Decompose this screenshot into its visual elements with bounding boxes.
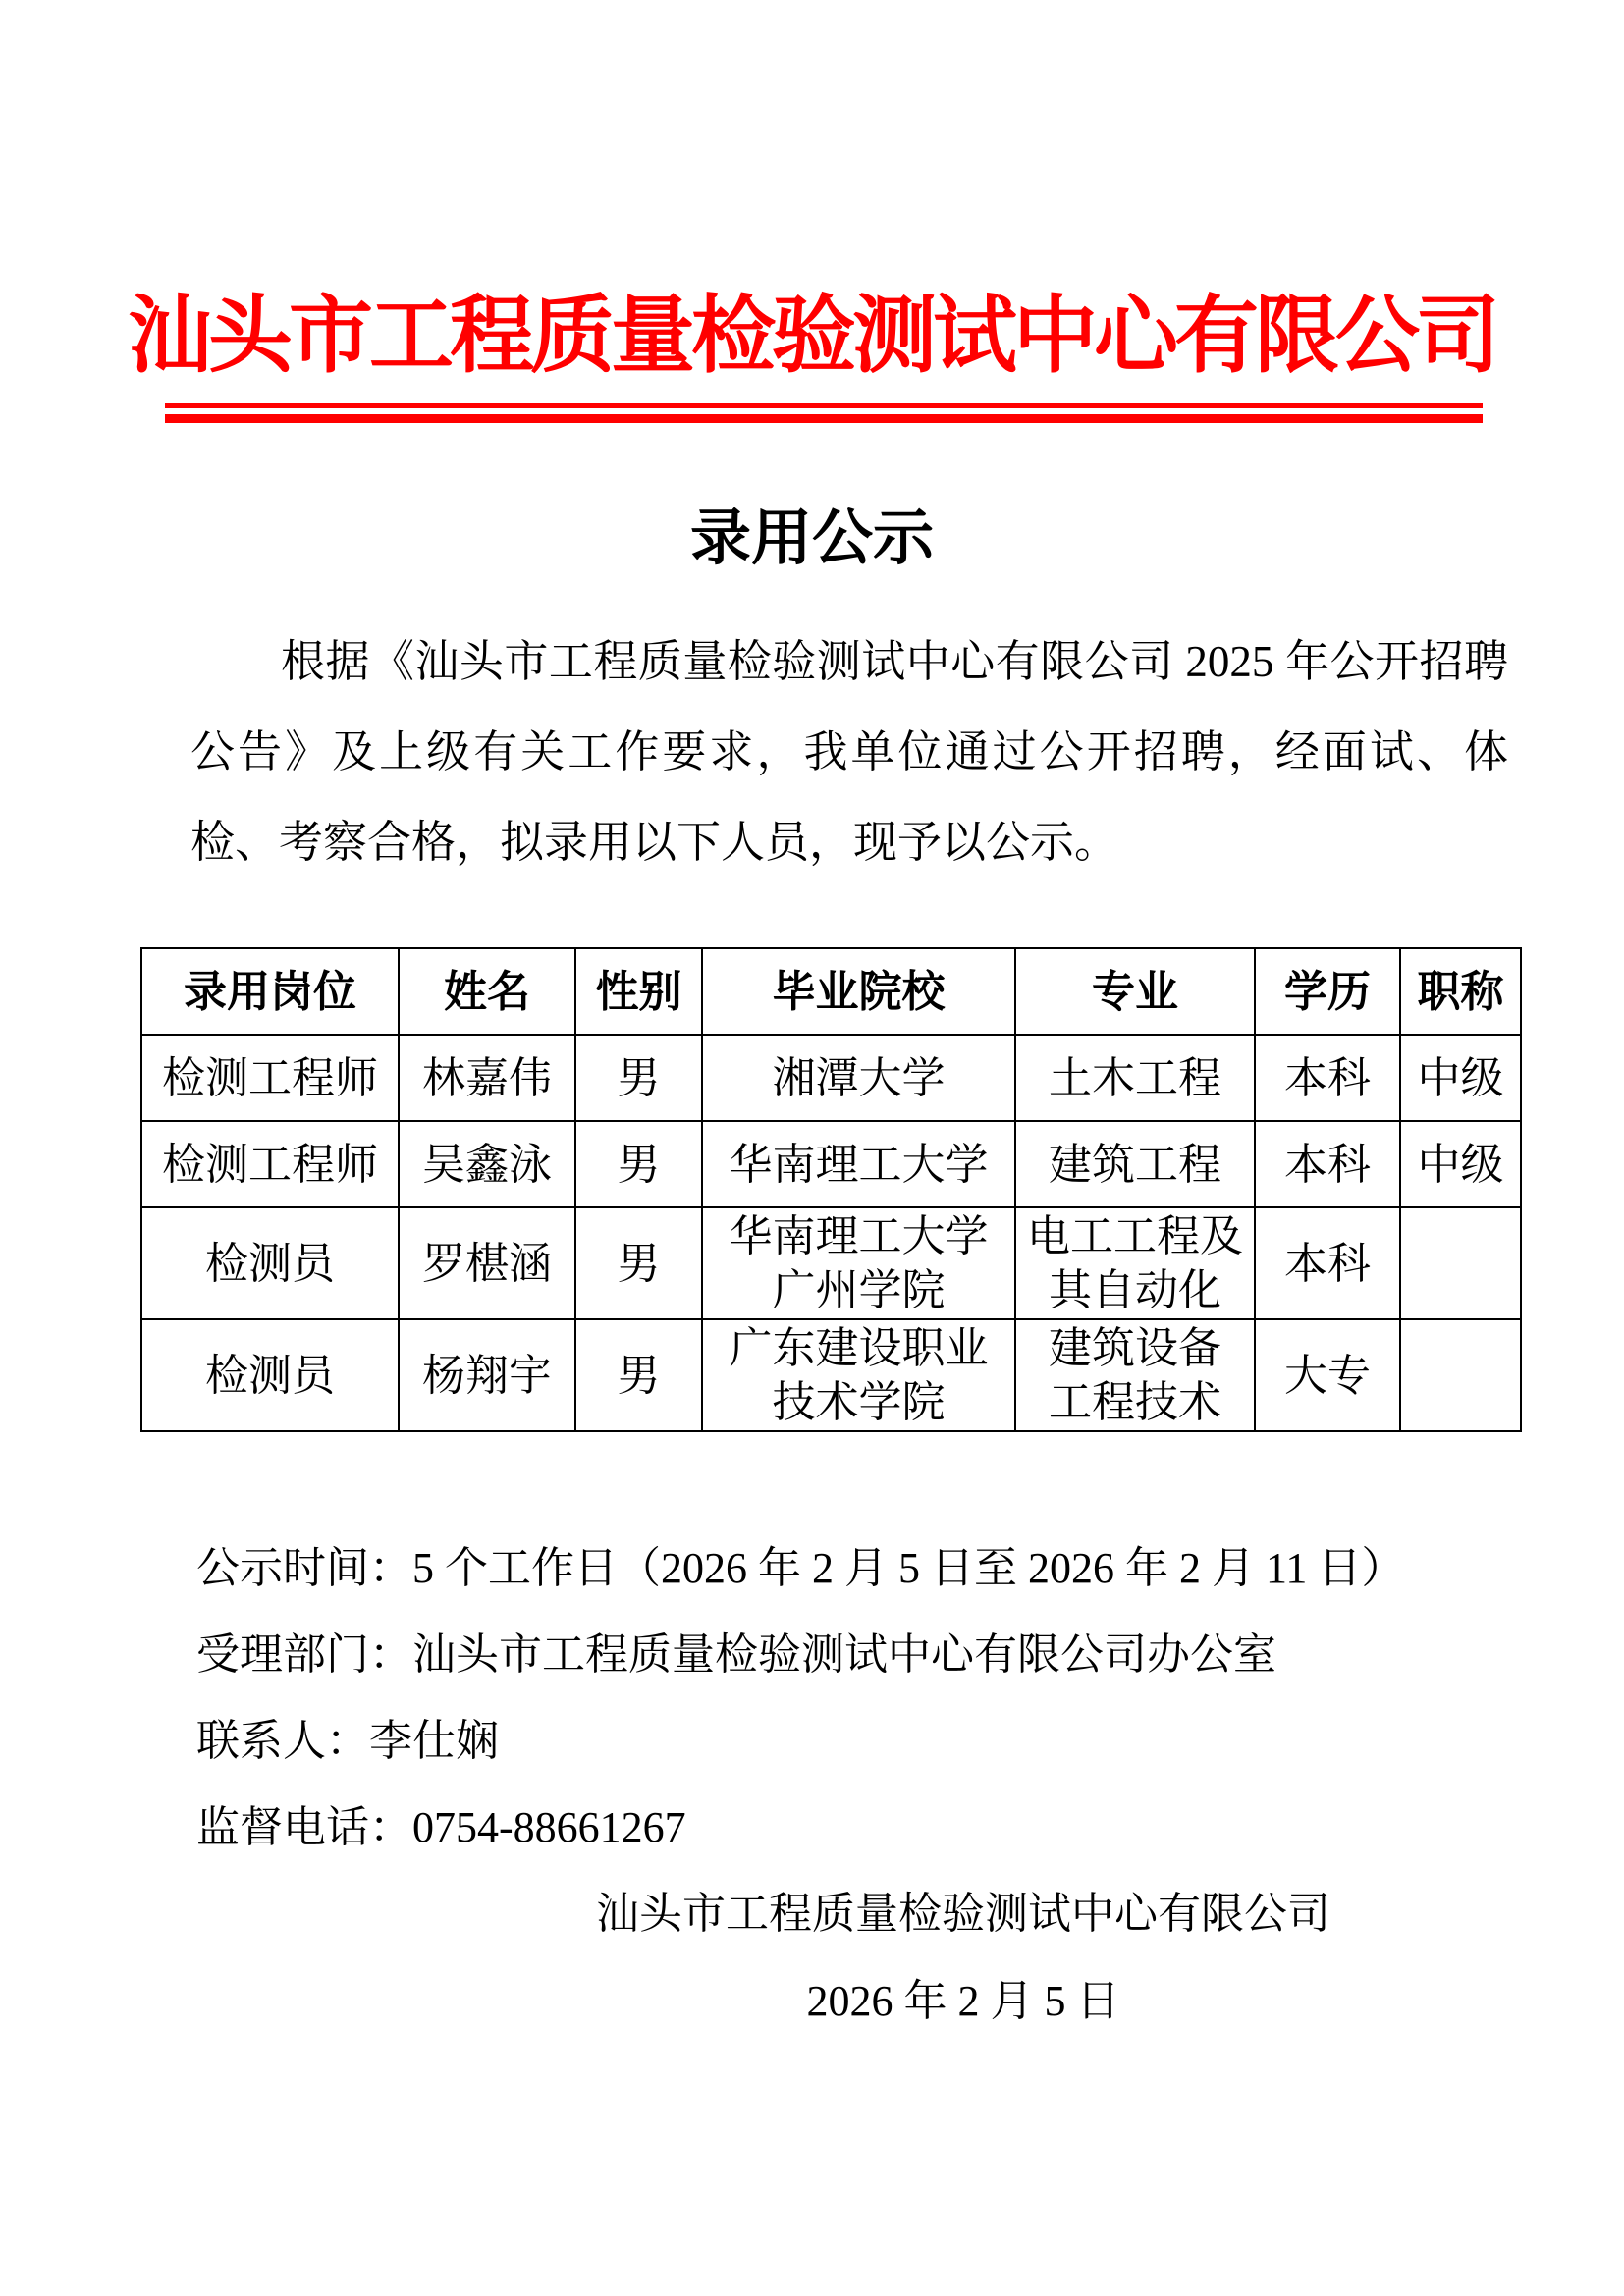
column-header-position: 录用岗位 <box>141 948 399 1035</box>
column-header-education: 学历 <box>1255 948 1400 1035</box>
contact-person-line: 联系人：李仕娴 <box>196 1716 1551 1767</box>
column-header-school: 毕业院校 <box>702 948 1015 1035</box>
table-cell-school: 华南理工大学 <box>702 1121 1015 1207</box>
table-cell-title <box>1400 1207 1521 1319</box>
table-cell-title: 中级 <box>1400 1035 1521 1121</box>
roster-table: 录用岗位 姓名 性别 毕业院校 专业 学历 职称 检测工程师 林嘉伟 男 湘潭大… <box>140 947 1522 1432</box>
column-header-gender: 性别 <box>575 948 702 1035</box>
table-row: 检测员 杨翔宇 男 广东建设职业 技术学院 建筑设备 工程技术 大专 <box>141 1319 1521 1431</box>
header-rule-thick <box>165 414 1483 423</box>
publicity-period-line: 公示时间：5 个工作日（2026 年 2 月 5 日至 2026 年 2 月 1… <box>196 1543 1551 1594</box>
table-cell-gender: 男 <box>575 1319 702 1431</box>
table-cell-gender: 男 <box>575 1035 702 1121</box>
signature-date: 2026 年 2 月 5 日 <box>589 1976 1337 2027</box>
table-cell-name: 杨翔宇 <box>399 1319 575 1431</box>
table-cell-position: 检测工程师 <box>141 1121 399 1207</box>
table-cell-title <box>1400 1319 1521 1431</box>
table-cell-major: 土木工程 <box>1015 1035 1255 1121</box>
table-row: 检测工程师 吴鑫泳 男 华南理工大学 建筑工程 本科 中级 <box>141 1121 1521 1207</box>
column-header-name: 姓名 <box>399 948 575 1035</box>
table-cell-gender: 男 <box>575 1121 702 1207</box>
table-cell-name: 林嘉伟 <box>399 1035 575 1121</box>
document-page: 汕头市工程质量检验测试中心有限公司 录用公示 根据《汕头市工程质量检验测试中心有… <box>0 0 1624 2296</box>
company-header-title: 汕头市工程质量检验测试中心有限公司 <box>0 288 1624 385</box>
table-row: 检测工程师 林嘉伟 男 湘潭大学 土木工程 本科 中级 <box>141 1035 1521 1121</box>
intro-paragraph: 根据《汕头市工程质量检验测试中心有限公司 2025 年公开招聘公告》及上级有关工… <box>190 616 1508 887</box>
table-cell-position: 检测员 <box>141 1207 399 1319</box>
table-cell-school: 广东建设职业 技术学院 <box>702 1319 1015 1431</box>
table-cell-title: 中级 <box>1400 1121 1521 1207</box>
table-cell-name: 罗椹涵 <box>399 1207 575 1319</box>
accepting-department-line: 受理部门：汕头市工程质量检验测试中心有限公司办公室 <box>196 1629 1551 1681</box>
table-cell-position: 检测工程师 <box>141 1035 399 1121</box>
table-cell-education: 本科 <box>1255 1207 1400 1319</box>
table-header-row: 录用岗位 姓名 性别 毕业院校 专业 学历 职称 <box>141 948 1521 1035</box>
table-cell-education: 本科 <box>1255 1121 1400 1207</box>
column-header-major: 专业 <box>1015 948 1255 1035</box>
header-rule-thin <box>165 403 1483 408</box>
supervision-phone-line: 监督电话：0754-88661267 <box>196 1802 1551 1853</box>
table-cell-major: 建筑工程 <box>1015 1121 1255 1207</box>
table-cell-education: 大专 <box>1255 1319 1400 1431</box>
table-cell-position: 检测员 <box>141 1319 399 1431</box>
table-cell-education: 本科 <box>1255 1035 1400 1121</box>
signature-company: 汕头市工程质量检验测试中心有限公司 <box>589 1889 1337 1940</box>
table-cell-school: 湘潭大学 <box>702 1035 1015 1121</box>
table-cell-major: 建筑设备 工程技术 <box>1015 1319 1255 1431</box>
table-cell-school: 华南理工大学 广州学院 <box>702 1207 1015 1319</box>
column-header-title: 职称 <box>1400 948 1521 1035</box>
table-cell-gender: 男 <box>575 1207 702 1319</box>
table-cell-name: 吴鑫泳 <box>399 1121 575 1207</box>
document-title: 录用公示 <box>0 503 1624 575</box>
table-cell-major: 电工工程及 其自动化 <box>1015 1207 1255 1319</box>
table-row: 检测员 罗椹涵 男 华南理工大学 广州学院 电工工程及 其自动化 本科 <box>141 1207 1521 1319</box>
